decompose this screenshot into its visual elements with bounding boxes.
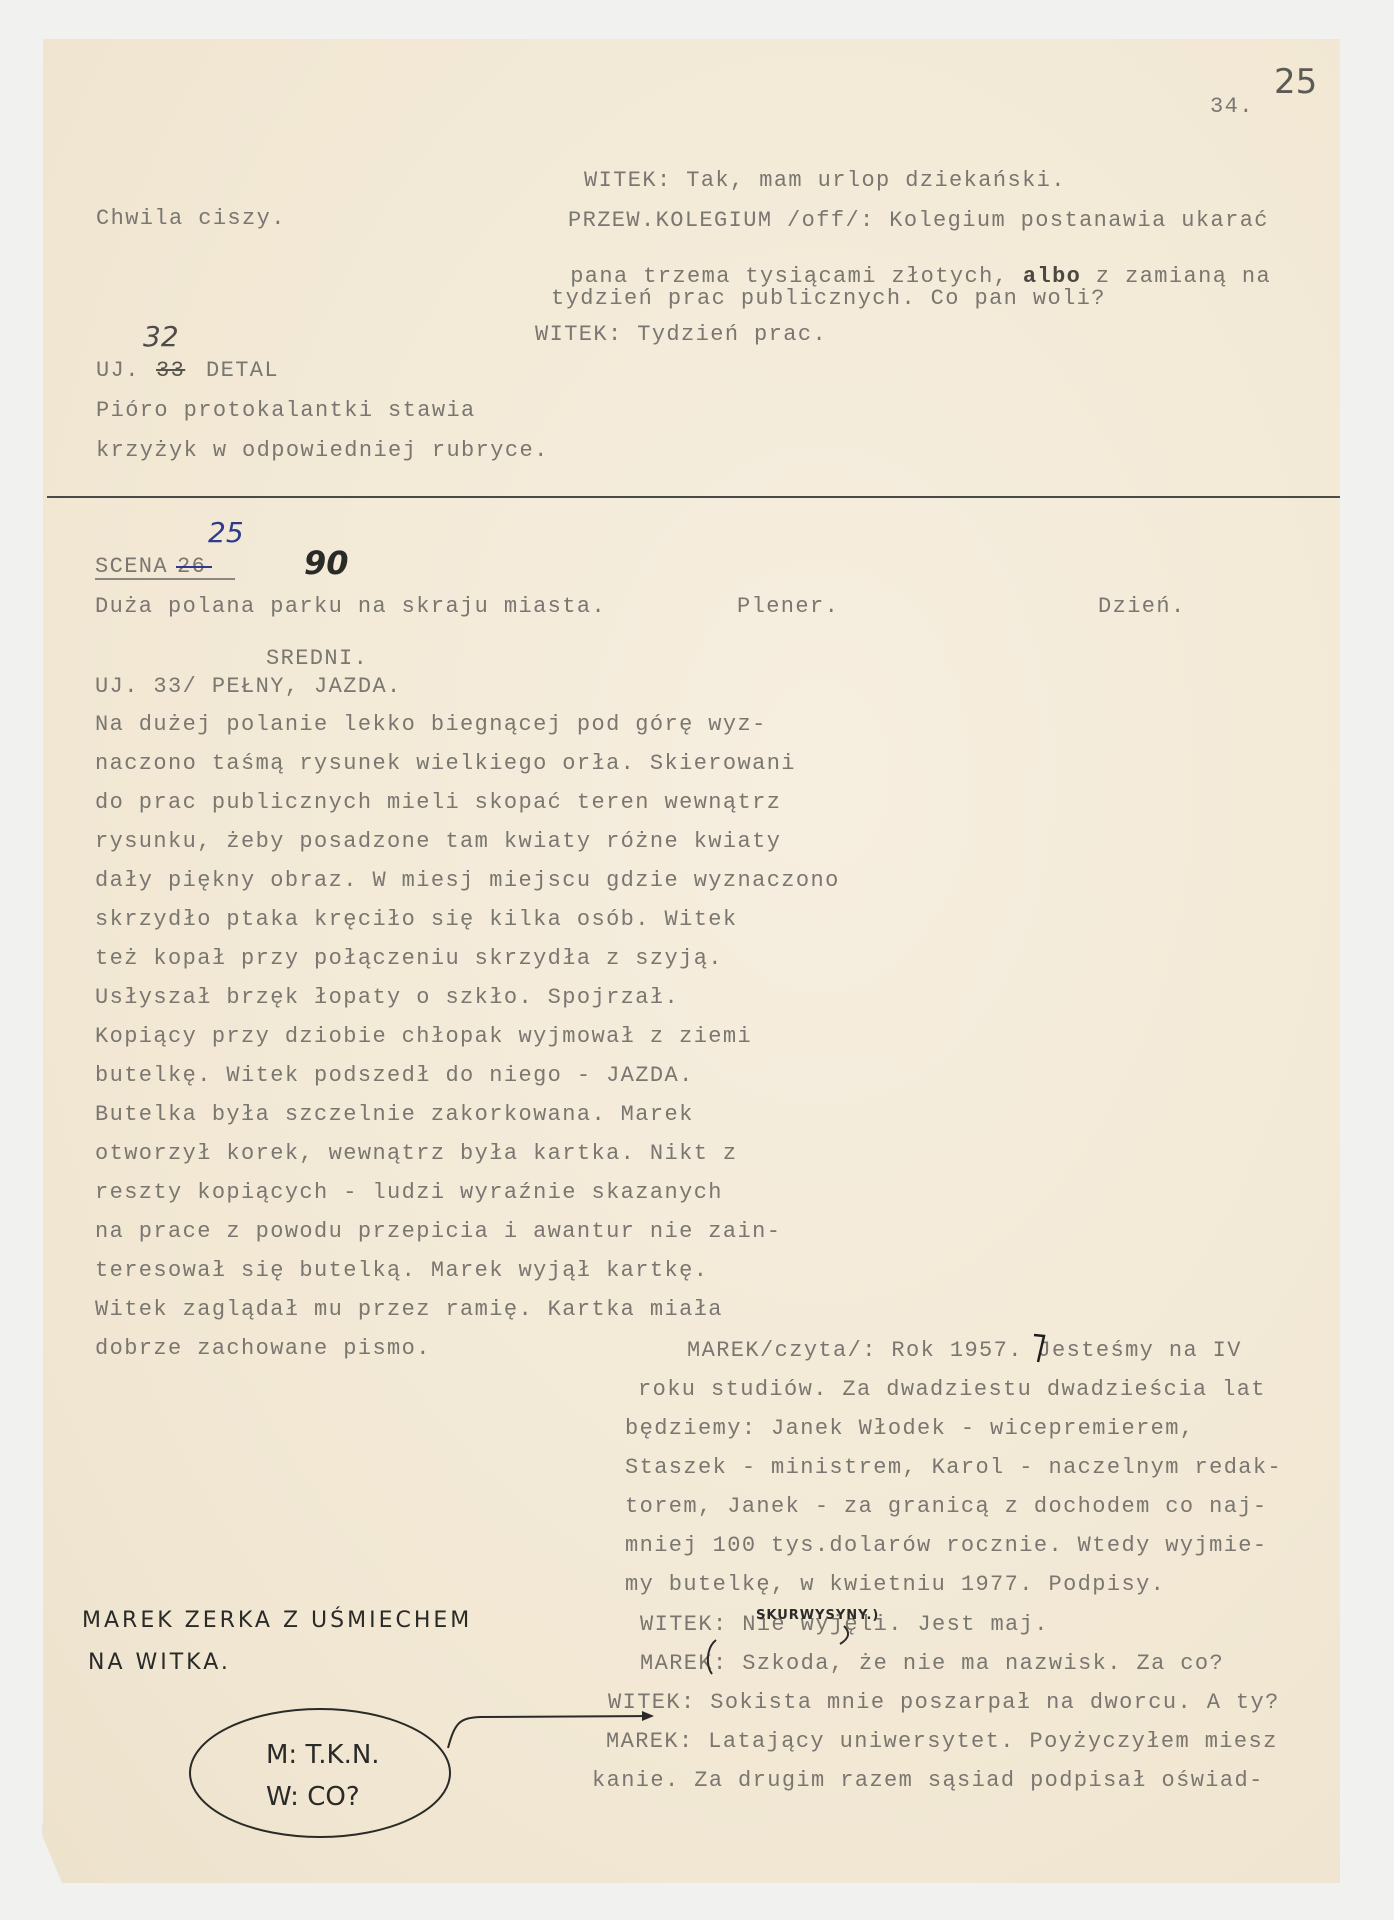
scene-number-strike <box>176 566 212 568</box>
action-line: dały piękny obraz. W miesj miejscu gdzie… <box>95 870 840 892</box>
scene-label: SCENA <box>95 556 168 578</box>
action-line: teresował się butelką. Marek wyjął kartk… <box>95 1260 708 1282</box>
action-line: Kopiący przy dziobie chłopak wyjmował z … <box>95 1026 752 1048</box>
action-line: skrzydło ptaka kręciło się kilka osób. W… <box>95 909 738 931</box>
action-line: do prac publicznych mieli skopać teren w… <box>95 792 781 814</box>
dialogue-line: WITEK: Sokista mnie poszarpał na dworcu.… <box>608 1692 1280 1714</box>
dialogue-line: MAREK/czyta/: Rok 1957. Jesteśmy na IV <box>687 1340 1242 1362</box>
description-line: krzyżyk w odpowiedniej rubryce. <box>96 440 549 462</box>
section-divider <box>47 496 1340 498</box>
dialogue-line: torem, Janek - za granicą z dochodem co … <box>625 1496 1268 1518</box>
action-line: też kopał przy połączeniu skrzydła z szy… <box>95 948 723 970</box>
action-line: Na dużej polanie lekko biegnącej pod gór… <box>95 714 767 736</box>
handwritten-page-number: 25 <box>1274 62 1317 102</box>
description-line: Pióro protokalantki stawia <box>96 400 476 422</box>
action-line: naczono taśmą rysunek wielkiego orła. Sk… <box>95 753 796 775</box>
scene-underline <box>95 578 235 580</box>
dialogue-line: tydzień prac publicznych. Co pan woli? <box>551 288 1106 310</box>
shot-label: UJ. <box>96 360 140 382</box>
shot-number-correction: 32 <box>143 320 179 353</box>
action-line: Usłyszał brzęk łopaty o szkło. Spojrzał. <box>95 987 679 1009</box>
scene-time: Dzień. <box>1098 596 1186 618</box>
action-line: butelkę. Witek podszedł do niego - JAZDA… <box>95 1065 694 1087</box>
shot-insert: SREDNI. <box>266 648 368 670</box>
handwritten-stage-note: MAREK ZERKA Z UŚMIECHEM <box>82 1608 472 1633</box>
typed-page-number: 34. <box>1210 96 1254 118</box>
action-line: reszty kopiących - ludzi wyraźnie skazan… <box>95 1182 723 1204</box>
scene-shot-line: UJ. 33/ PEŁNY, JAZDA. <box>95 676 402 698</box>
dialogue-line: WITEK: Tak, mam urlop dziekański. <box>584 170 1066 192</box>
dialogue-line: MAREK: Szkoda, że nie ma nazwisk. Za co? <box>640 1653 1224 1675</box>
dialogue-line: MAREK: Latający uniwersytet. Poyżyczyłem… <box>606 1731 1278 1753</box>
scene-number-correction: 25 <box>208 516 244 549</box>
dialogue-text: z zamianą na <box>1081 264 1271 289</box>
shot-number-struck: 33 <box>156 360 185 382</box>
dialogue-line: Staszek - ministrem, Karol - naczelnym r… <box>625 1457 1282 1479</box>
dialogue-line: będziemy: Janek Włodek - wicepremierem, <box>625 1418 1194 1440</box>
action-line: Witek zaglądał mu przez ramię. Kartka mi… <box>95 1299 723 1321</box>
action-line: otworzył korek, wewnątrz była kartka. Ni… <box>95 1143 738 1165</box>
bubble-note: W: CO? <box>266 1782 360 1812</box>
scene-setting: Plener. <box>737 596 839 618</box>
action-line: na prace z powodu przepicia i awantur ni… <box>95 1221 781 1243</box>
dialogue-line-with-strike: pana trzema tysiącami złotych, albo z za… <box>551 248 1271 288</box>
action-line: dobrze zachowane pismo. <box>95 1338 431 1360</box>
dialogue-line: mniej 100 tys.dolarów rocznie. Wtedy wyj… <box>625 1535 1268 1557</box>
handwritten-stage-note: NA WITKA. <box>88 1650 231 1675</box>
shot-type: DETAL <box>206 360 279 382</box>
scene-number-handwritten: 90 <box>304 544 349 582</box>
dialogue-line: roku studiów. Za dwadziestu dwadzieścia … <box>638 1379 1266 1401</box>
scene-location: Duża polana parku na skraju miasta. <box>95 596 606 618</box>
action-silence: Chwila ciszy. <box>96 208 286 230</box>
action-line: Butelka była szczelnie zakorkowana. Mare… <box>95 1104 694 1126</box>
action-line: rysunku, żeby posadzone tam kwiaty różne… <box>95 831 781 853</box>
dialogue-line: WITEK: Tydzień prac. <box>535 324 827 346</box>
handwritten-insert: SKURWYSYNY.) <box>756 1608 879 1623</box>
dialogue-line: kanie. Za drugim razem sąsiad podpisał o… <box>592 1770 1264 1792</box>
bubble-note: M: T.K.N. <box>266 1740 380 1770</box>
dialogue-line: PRZEW.KOLEGIUM /off/: Kolegium postanawi… <box>568 210 1269 232</box>
dialogue-line: my butelkę, w kwietniu 1977. Podpisy. <box>625 1574 1165 1596</box>
